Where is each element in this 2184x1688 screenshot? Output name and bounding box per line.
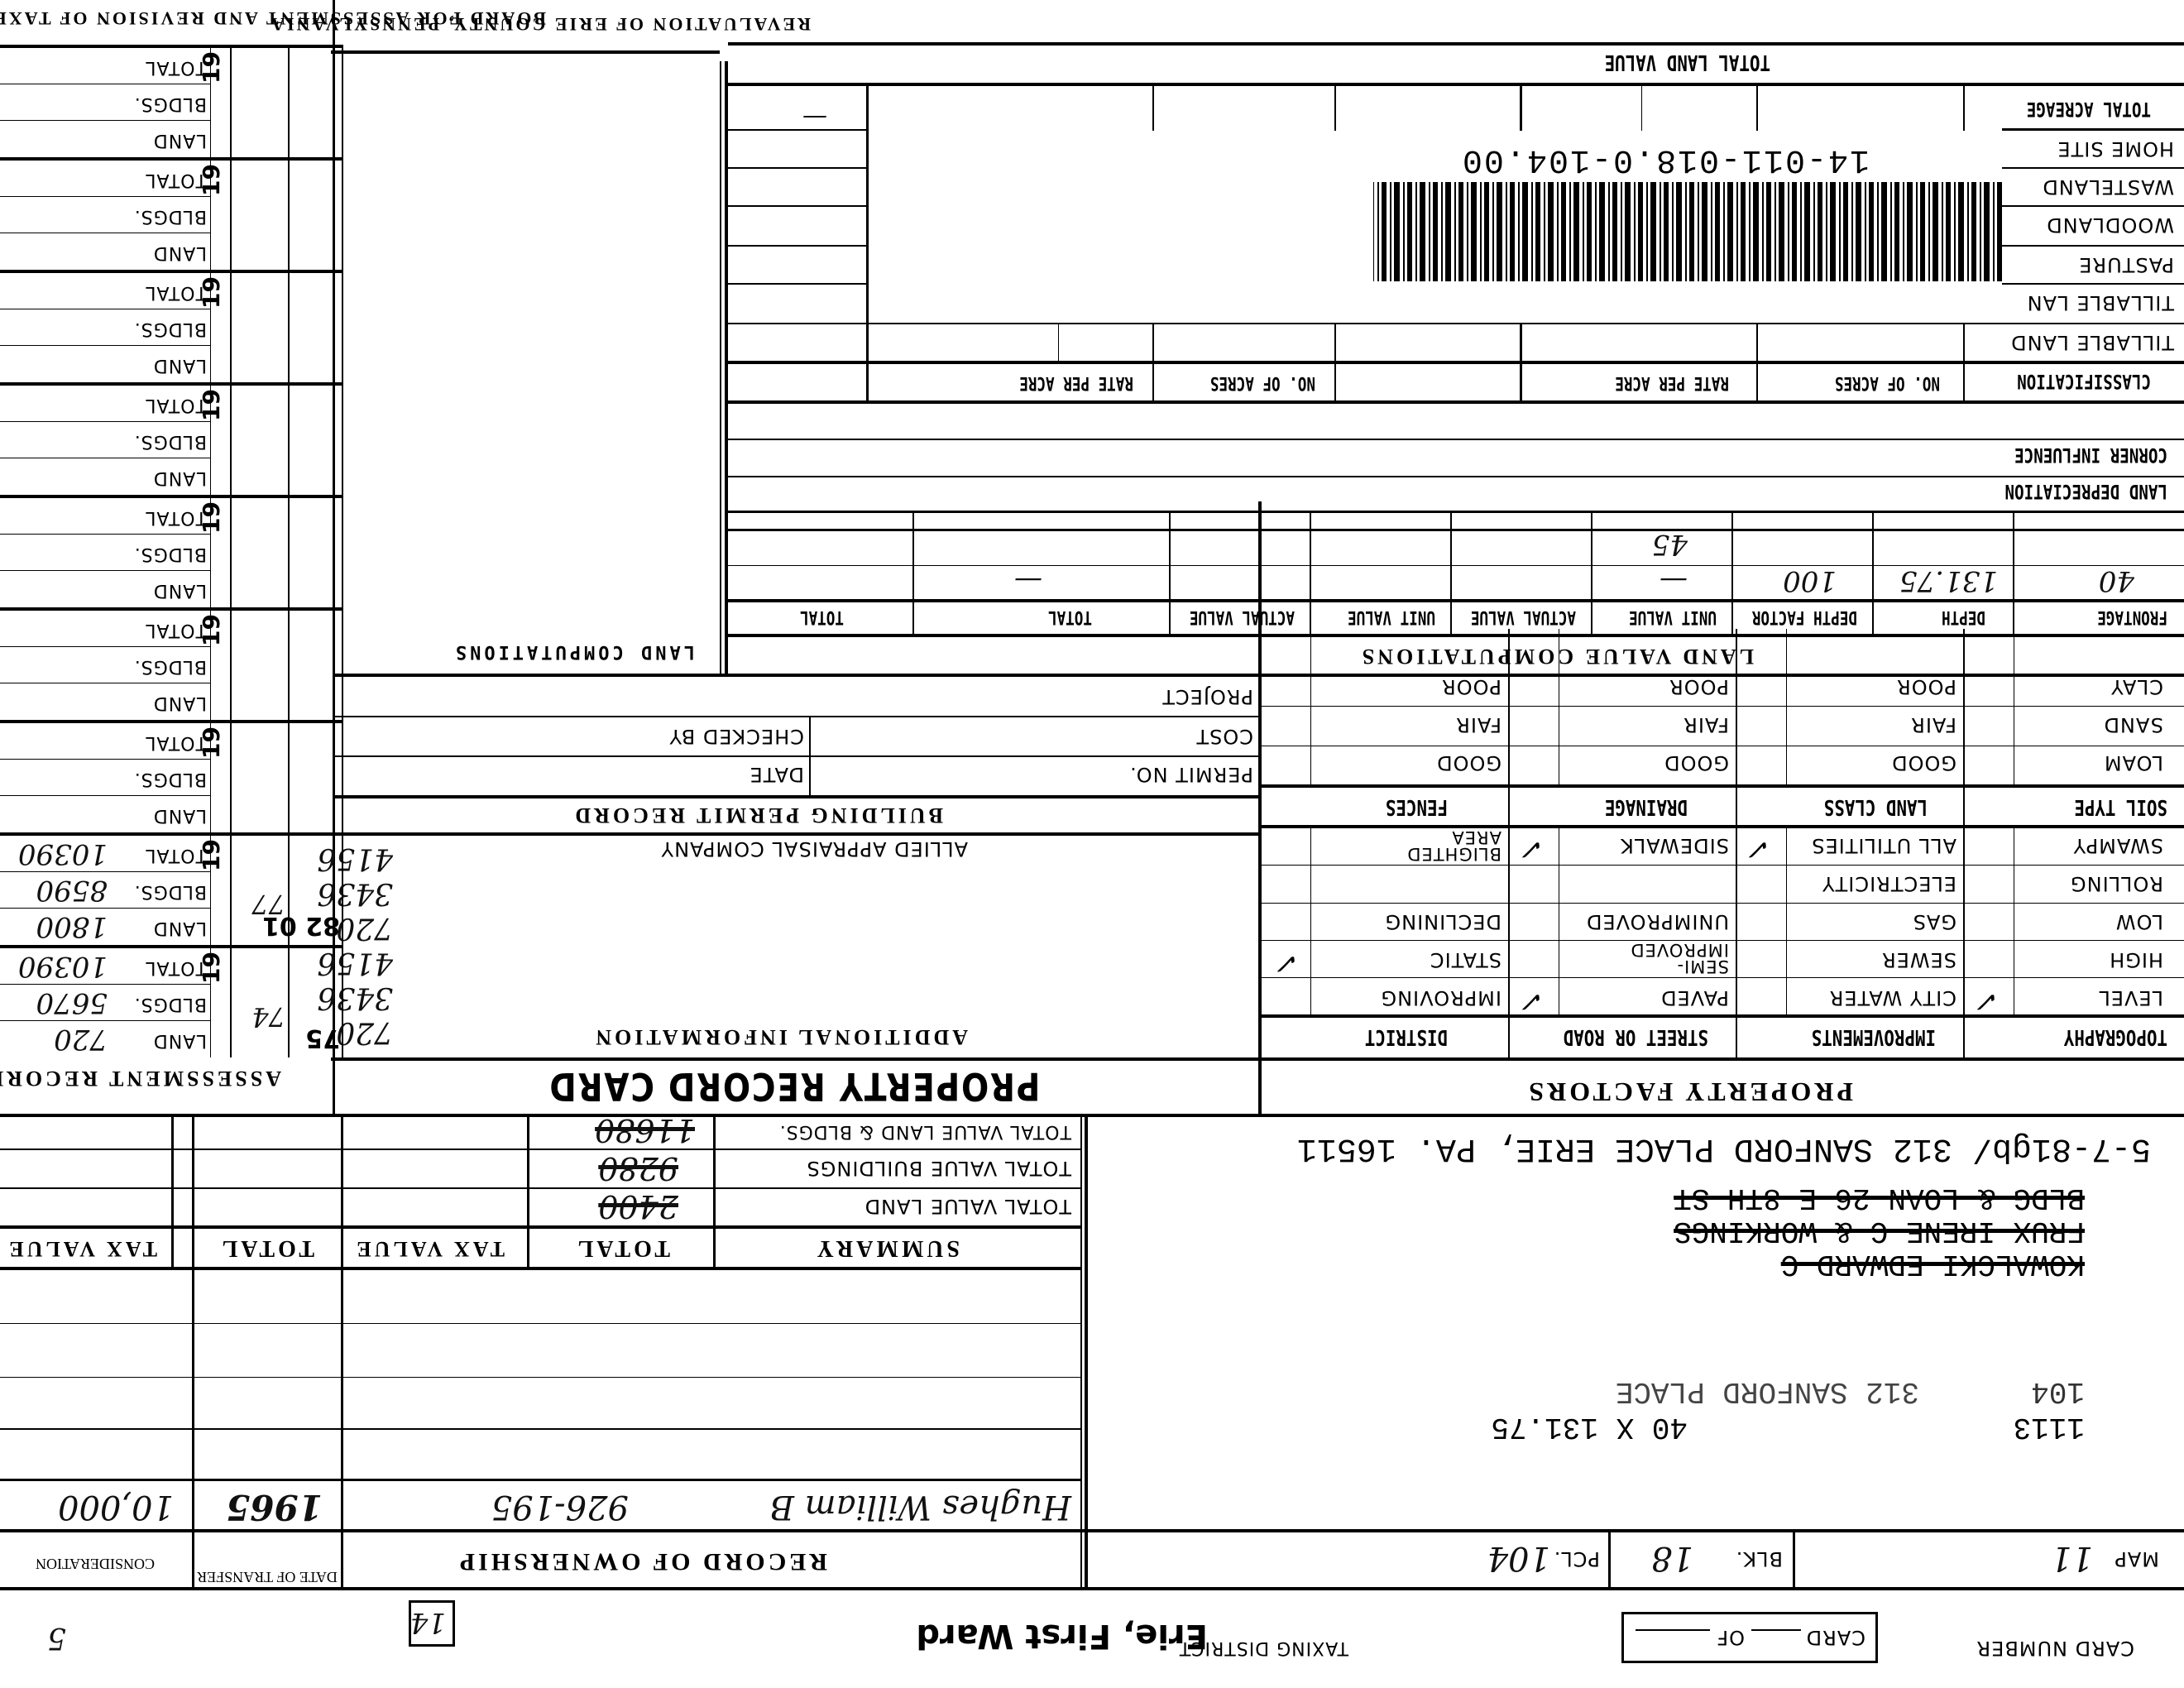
assessment-block: 19 LAND BLDGS. TOTAL: [0, 45, 343, 157]
acreage-tillable-land: TILLABLE LAND: [2010, 331, 2174, 354]
parcel-id: 14-011-018.0-104.00: [1461, 141, 1870, 178]
pf-declining: DECLINING: [1385, 910, 1501, 933]
pf-fences-good: GOOD: [1436, 751, 1501, 774]
assessment-land-label: LAND: [153, 693, 207, 713]
pf-low: LOW: [2115, 910, 2163, 933]
assessment-block: 19 LAND BLDGS. TOTAL: [0, 157, 343, 270]
pf-header-improvements: IMPROVEMENTS: [1812, 1024, 1936, 1049]
summary-title: SUMMARY: [814, 1235, 960, 1261]
crossed-owner-3: BLDG & LOAN 26 E 8TH ST: [1674, 1181, 2085, 1215]
summary-buildings-total: 9280: [598, 1150, 678, 1187]
pf-sand: SAND: [2103, 713, 2163, 736]
assessment-total-label: TOTAL: [145, 395, 207, 415]
acreage-wasteland: WASTELAND: [2042, 175, 2174, 199]
address-line1-left: 1113: [2014, 1410, 2085, 1444]
lvc-frontage-value: 40: [2099, 564, 2134, 597]
permit-checked-by-label: CHECKED BY: [668, 725, 804, 748]
lvc-header-actual-value: ACTUAL VALUE: [1471, 607, 1576, 627]
lvc-header-total: TOTAL: [1048, 607, 1092, 627]
pf-high: HIGH: [2109, 948, 2163, 971]
pf-all-utilities: ALL UTILITIES: [1811, 834, 1956, 857]
acreage-tillable-lan: TILLABLE LAN: [2027, 291, 2174, 314]
land-total-tick: —: [802, 103, 827, 132]
acreage-header-no-acres-2: NO. OF ACRES: [1210, 372, 1315, 393]
assessment-bldgs-label: BLDGS.: [134, 544, 207, 564]
parcel-barcode: 14-011-018.0-104.00: [927, 132, 2002, 281]
of-blank: [1636, 1629, 1710, 1631]
pf-drainage-fair: FAIR: [1683, 713, 1729, 736]
land-depreciation-label: LAND DEPRECIATION: [2004, 480, 2167, 503]
address-line2-left: 104: [2031, 1374, 2085, 1408]
assessment-block: 19 LAND BLDGS. TOTAL: [0, 270, 343, 382]
pf-land-good: GOOD: [1891, 751, 1956, 774]
lvc-unit-value-dash: —: [1660, 564, 1688, 597]
current-mailing-address: 5-7-81gb/ 312 SANFORD PLACE ERIE, PA. 16…: [1297, 1129, 2151, 1167]
address-line2-right: 312 SANFORD PLACE: [1616, 1374, 1919, 1408]
assessment-land-label: LAND: [153, 805, 207, 826]
assessment-total-label: TOTAL: [145, 957, 207, 978]
assessment-year-handwritten: 77: [251, 889, 285, 920]
pcl-field[interactable]: PCL. 104: [1145, 1532, 1608, 1587]
summary-total-header-2: TOTAL: [219, 1235, 314, 1261]
pf-header-soil-type: SOIL TYPE: [2074, 794, 2167, 819]
pf-fences-poor: POOR: [1441, 675, 1501, 698]
pf-sidewalk-check[interactable]: ✓: [1522, 832, 1546, 866]
land-computations-title: LAND COMPUTATIONS: [453, 641, 695, 662]
property-record-card-scan: CARD NUMBER CARD OF TAXING DISTRICT Erie…: [0, 0, 2184, 1688]
additional-values: 720 3436 4156 720 3436 4156: [335, 841, 393, 1049]
assessment-bldgs-label: BLDGS.: [134, 94, 207, 114]
assessment-total-label: TOTAL: [145, 732, 207, 753]
assessment-block: 19 LAND BLDGS. TOTAL: [0, 495, 343, 607]
pf-header-land-class: LAND CLASS: [1824, 794, 1928, 819]
assessment-total-label: TOTAL: [145, 57, 207, 78]
assessment-bldgs-label: BLDGS.: [134, 431, 207, 452]
pf-improving: IMPROVING: [1381, 986, 1501, 1009]
summary-tax-value-header: TAX VALUE: [353, 1236, 505, 1261]
map-field[interactable]: MAP 11: [1795, 1532, 2176, 1587]
pf-header-drainage: DRAINAGE: [1605, 794, 1688, 819]
lvc-header-actual-value-2: ACTUAL VALUE: [1190, 607, 1295, 627]
pf-static-check[interactable]: ✓: [1277, 947, 1301, 980]
lvc-header-depth: DEPTH: [1942, 607, 1985, 627]
lvc-header-unit-value-2: UNIT VALUE: [1348, 607, 1435, 627]
pf-paved-check[interactable]: ✓: [1522, 985, 1546, 1018]
summary-land-bldgs-label: TOTAL VALUE LAND & BLDGS.: [779, 1121, 1071, 1142]
pf-land-fair: FAIR: [1910, 713, 1956, 736]
pf-semi-improved: SEMI-IMPROVED: [1580, 942, 1729, 975]
lvc-depth-value: 131.75: [1899, 564, 1998, 597]
acreage-header-rate-2: RATE PER ACRE: [1019, 372, 1133, 393]
assessment-land-label: LAND: [153, 468, 207, 488]
assessment-total-label: TOTAL: [145, 282, 207, 303]
building-permit-record-title: BUILDING PERMIT RECORD: [572, 803, 943, 827]
land-value-computations-title: LAND VALUE COMPUTATIONS: [1359, 644, 1754, 669]
summary-land-bldgs-total: 11680: [595, 1112, 695, 1149]
assessment-bldgs-value[interactable]: 5670: [36, 986, 108, 1019]
summary-total-header: TOTAL: [575, 1235, 670, 1261]
assessment-bldgs-label: BLDGS.: [134, 994, 207, 1014]
taxing-district-value: Erie, First Ward: [916, 1617, 1208, 1655]
lvc-depth-factor-value: 100: [1783, 564, 1837, 597]
pf-level-check[interactable]: ✓: [1977, 985, 2001, 1018]
pf-swampy: SWAMPY: [2073, 834, 2163, 857]
assessment-land-label: LAND: [153, 355, 207, 376]
pf-land-poor: POOR: [1896, 675, 1956, 698]
assessment-land-label: LAND: [153, 580, 207, 601]
permit-cost-label: COST: [1195, 725, 1253, 748]
blk-value: 18: [1651, 1539, 1693, 1577]
ward-number: 14: [410, 1606, 446, 1639]
assessment-block: 19 LAND BLDGS. TOTAL: [0, 607, 343, 720]
record-of-ownership-title: RECORD OF OWNERSHIP: [457, 1547, 827, 1575]
map-label: MAP: [2114, 1547, 2159, 1571]
ownership-deed-ref: 926-195: [491, 1488, 629, 1526]
ownership-date: 1965: [226, 1487, 323, 1527]
pf-header-fences: FENCES: [1386, 794, 1448, 819]
property-record-card-title: PROPERTY RECORD CARD: [527, 1064, 1061, 1109]
lvc-header-total-2: TOTAL: [800, 607, 844, 627]
assessment-bldgs-label: BLDGS.: [134, 881, 207, 902]
assessment-block: 82 01 77 19 LAND 1800 BLDGS. 8590 TOTAL …: [0, 832, 343, 945]
assessment-block: 19 LAND BLDGS. TOTAL: [0, 720, 343, 832]
property-factors-title: PROPERTY FACTORS: [1525, 1077, 1853, 1107]
crossed-owner-2: FRUX IRENE C & WORKINGS: [1674, 1214, 2085, 1248]
permit-date-label: DATE: [750, 763, 804, 786]
assessment-bldgs-label: BLDGS.: [134, 206, 207, 227]
card-of-box[interactable]: CARD OF: [1621, 1612, 1878, 1663]
assessment-bldgs-label: BLDGS.: [134, 319, 207, 339]
pf-rolling: ROLLING: [2070, 872, 2163, 895]
pf-loam: LOAM: [2104, 751, 2163, 774]
pf-city-water: CITY WATER: [1829, 986, 1956, 1009]
acreage-woodland: WOODLAND: [2046, 213, 2174, 237]
pf-sewer: SEWER: [1881, 948, 1956, 971]
ownership-owner: Hughes William B: [770, 1488, 1071, 1526]
pf-header-street: STREET OR ROAD: [1564, 1024, 1708, 1049]
summary-land-label: TOTAL VALUE LAND: [864, 1195, 1071, 1218]
assessment-bldgs-value[interactable]: 8590: [36, 874, 108, 907]
map-value: 11: [2051, 1539, 2093, 1577]
pf-gas: GAS: [1913, 910, 1956, 933]
assessment-block: 75 74 19 LAND 720 BLDGS. 5670 TOTAL 1039…: [0, 945, 343, 1057]
blk-field[interactable]: BLK. 18: [1611, 1532, 1793, 1587]
assessment-bldgs-label: BLDGS.: [134, 769, 207, 789]
lvc-total-dash: —: [1014, 564, 1042, 597]
assessment-year-handwritten: 74: [251, 1001, 285, 1033]
assessment-total-value[interactable]: 10390: [18, 837, 108, 870]
pf-fences-fair: FAIR: [1455, 713, 1501, 736]
summary-land-total: 2400: [598, 1188, 678, 1225]
pf-blighted-area: BLIGHTED AREA: [1369, 829, 1501, 862]
permit-project-label: PROJECT: [1161, 685, 1253, 708]
pf-drainage-good: GOOD: [1664, 751, 1729, 774]
pf-sidewalk: SIDEWALK: [1620, 834, 1729, 857]
assessment-block: 19 LAND BLDGS. TOTAL: [0, 382, 343, 495]
ownership-consideration: 10,000: [58, 1488, 174, 1526]
ward-number-box: 14: [409, 1600, 455, 1647]
assessment-total-label: TOTAL: [145, 845, 207, 866]
pf-unimproved: UNIMPROVED: [1586, 910, 1729, 933]
acreage-header-rate: RATE PER ACRE: [1615, 372, 1729, 393]
lvc-header-unit-value: UNIT VALUE: [1629, 607, 1717, 627]
card-blank: [1751, 1629, 1801, 1631]
pcl-label: PCL.: [1554, 1547, 1600, 1571]
board-title: BOARD FOR ASSESSMENT AND REVISION OF TAX…: [0, 7, 546, 29]
lvc-unit-value-2: 45: [1652, 528, 1688, 561]
corner-influence-label: CORNER INFLUENCE: [2014, 444, 2167, 467]
acreage-header-no-acres: NO. OF ACRES: [1835, 372, 1940, 393]
lvc-header-depth-factor: DEPTH FACTOR: [1752, 607, 1857, 627]
assessment-bldgs-label: BLDGS.: [134, 656, 207, 677]
assessment-land-label: LAND: [153, 242, 207, 263]
total-land-value-label: TOTAL LAND VALUE: [1605, 50, 1770, 74]
assessment-land-value[interactable]: 1800: [36, 910, 108, 943]
date-of-transfer-header: DATE OF TRANSFER: [197, 1569, 338, 1585]
taxing-district-label: TAXING DISTRICT: [1249, 1637, 1348, 1658]
consideration-header: CONSIDERATION: [0, 1555, 190, 1572]
of-label: OF: [1716, 1626, 1745, 1649]
corner-mark: 5: [47, 1621, 66, 1655]
summary-buildings-label: TOTAL VALUE BUILDINGS: [807, 1157, 1071, 1180]
assessment-total-label: TOTAL: [145, 170, 207, 190]
assessment-record-title: ASSESSMENT RECORD: [0, 1066, 281, 1091]
assessment-land-label: LAND: [153, 130, 207, 151]
blk-label: BLK.: [1736, 1547, 1783, 1571]
summary-tax-value-header-2: TAX VALUE: [6, 1236, 157, 1261]
permit-no-label: PERMIT NO.: [1129, 763, 1253, 786]
assessment-total-value[interactable]: 10390: [18, 950, 108, 983]
lvc-header-frontage: FRONTAGE: [2097, 607, 2167, 627]
card-number-label: CARD NUMBER: [2019, 1637, 2134, 1660]
additional-information-title: ADDITIONAL INFORMATION: [592, 1024, 968, 1049]
assessment-stamp: 75: [305, 1024, 340, 1053]
address-line1-right: 40 X 131.75: [1491, 1410, 1688, 1444]
assessment-total-label: TOTAL: [145, 507, 207, 528]
pf-all-utilities-check[interactable]: ✓: [1749, 832, 1773, 866]
pf-header-district: DISTRICT: [1365, 1024, 1448, 1049]
pcl-value: 104: [1487, 1539, 1550, 1577]
pf-header-topography: TOPOGRAPHY: [2064, 1024, 2167, 1049]
acreage-pasture: PASTURE: [2078, 253, 2174, 276]
assessment-land-label: LAND: [153, 918, 207, 938]
acreage-header-classification: CLASSIFICATION: [2017, 370, 2151, 393]
pf-static: STATIC: [1430, 948, 1501, 971]
pf-drainage-poor: POOR: [1669, 675, 1729, 698]
pf-electricity: ELECTRICITY: [1822, 872, 1956, 895]
assessment-land-value[interactable]: 720: [54, 1023, 108, 1056]
card-label: CARD: [1806, 1626, 1865, 1649]
total-acreage-label: TOTAL ACREAGE: [2027, 98, 2151, 121]
acreage-home-site: HOME SITE: [2057, 137, 2174, 161]
pf-paved: PAVED: [1660, 986, 1729, 1009]
assessment-land-label: LAND: [153, 1030, 207, 1051]
assessment-total-label: TOTAL: [145, 620, 207, 640]
pf-level: LEVEL: [2099, 986, 2164, 1009]
crossed-owner-1: KOWALCKI EDWARD C: [1781, 1247, 2085, 1281]
pf-clay: CLAY: [2110, 675, 2163, 698]
allied-appraisal-company: ALLIED APPRAISAL COMPANY: [661, 837, 969, 861]
